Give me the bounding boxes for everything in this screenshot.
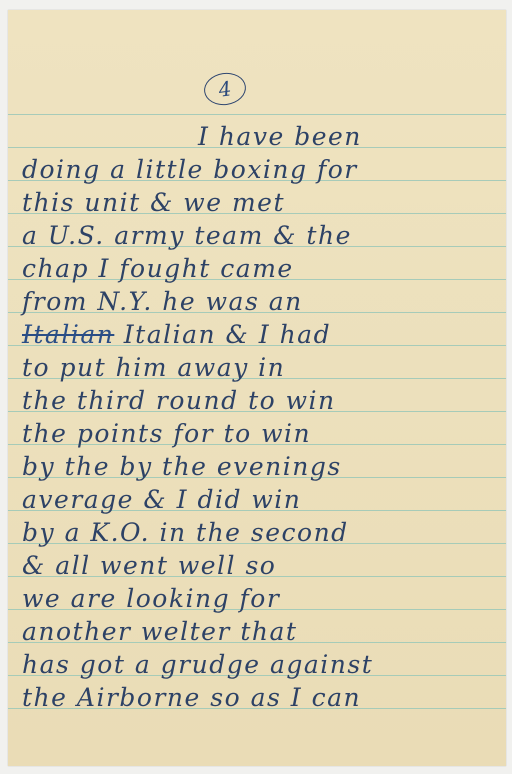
letter-page: 4 I have been doing a little boxing for … (8, 10, 506, 766)
text-line: the points for to win (22, 419, 311, 448)
ruled-line (8, 114, 506, 115)
text-line: the third round to win (22, 386, 336, 415)
text-line: Italian Italian & I had (22, 320, 331, 349)
struck-word: Italian (22, 320, 114, 349)
text-line: & all went well so (22, 551, 276, 580)
text-line: average & I did win (22, 485, 301, 514)
text-line: this unit & we met (22, 188, 285, 217)
text-line: doing a little boxing for (22, 155, 358, 184)
text-line: a U.S. army team & the (22, 221, 352, 250)
text-line: we are looking for (22, 584, 280, 613)
text-line: from N.Y. he was an (22, 287, 303, 316)
text-line: I have been (198, 122, 362, 151)
text-line: by the by the evenings (22, 452, 342, 481)
text-line: another welter that (22, 617, 297, 646)
text-line: to put him away in (22, 353, 285, 382)
page-number: 4 (202, 70, 248, 108)
text-line: the Airborne so as I can (22, 683, 361, 712)
text-line: chap I fought came (22, 254, 294, 283)
text-line: by a K.O. in the second (22, 518, 349, 547)
text-line: has got a grudge against (22, 650, 373, 679)
text-line-rest: Italian & I had (124, 320, 331, 349)
